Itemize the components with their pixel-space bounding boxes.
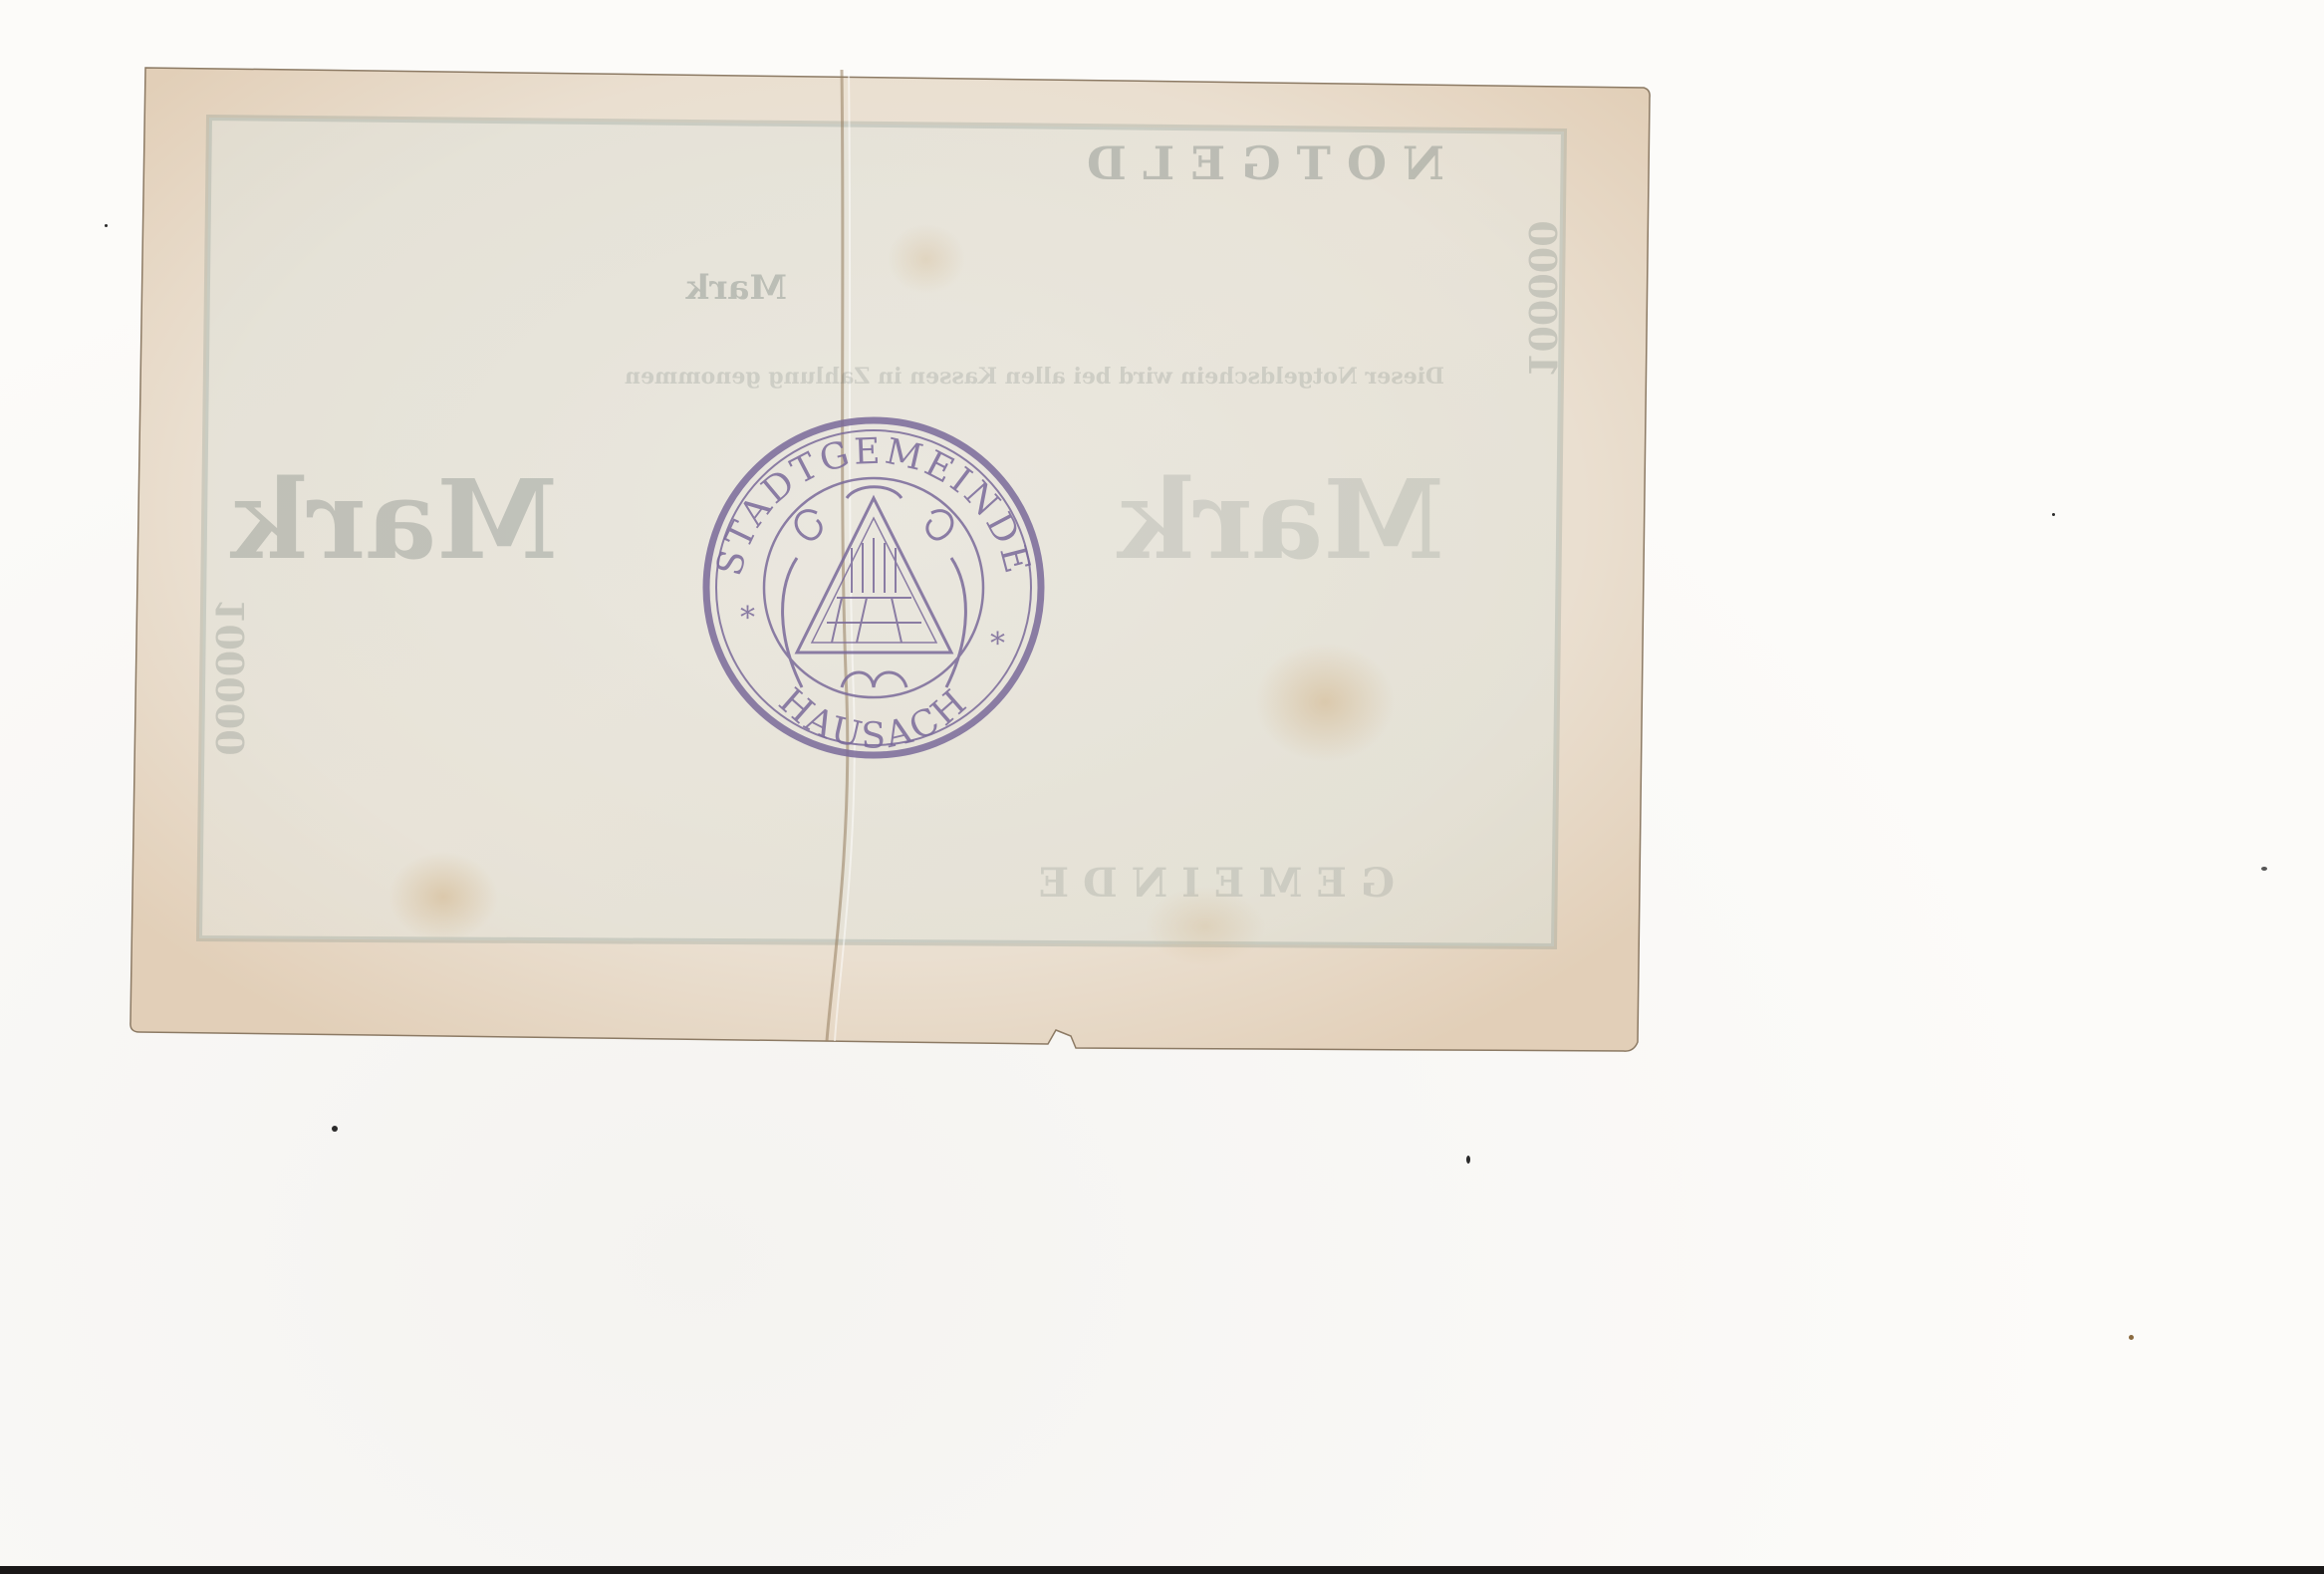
svg-text:G E M E I N D E: G E M E I N D E [1039,860,1395,907]
svg-text:N O T G E L D: N O T G E L D [1087,136,1444,190]
scanner-edge-bar [0,1566,2324,1574]
svg-text:Mark: Mark [1116,455,1444,584]
svg-text:Mark: Mark [229,455,558,584]
dust-speck [105,224,108,227]
dust-speck [2052,513,2055,516]
stamp-separator-left: * [740,601,758,636]
svg-text:Dieser Notgeldschein wird bei: Dieser Notgeldschein wird bei allen Kass… [625,364,1444,390]
svg-text:100000: 100000 [1520,220,1565,379]
svg-text:Mark: Mark [684,268,787,308]
dust-speck [332,1126,338,1132]
banknote-paper: N O T G E L D Mark Mark Mark Dieser Notg… [0,0,2324,1574]
dust-speck [1466,1156,1470,1164]
banknote: N O T G E L D Mark Mark Mark Dieser Notg… [0,0,2324,1574]
dust-speck [2261,867,2267,871]
dust-speck [2129,1335,2134,1340]
svg-text:100000: 100000 [208,598,253,756]
stamp-separator-right: * [990,627,1008,661]
